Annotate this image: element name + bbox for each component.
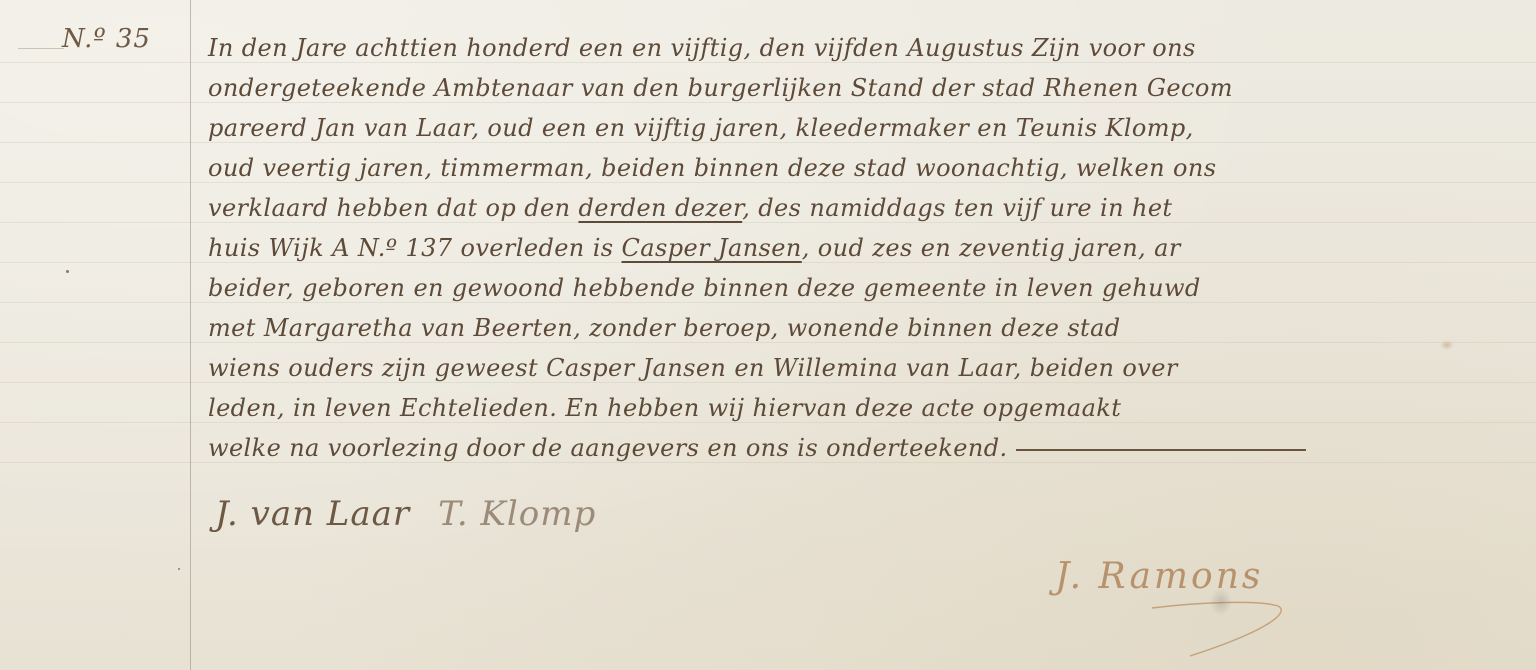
- margin-tick-line: [18, 48, 64, 49]
- act-number: N.º 35: [62, 24, 151, 54]
- line-text: verklaard hebben dat op den: [208, 194, 578, 222]
- witness-signatures: J. van Laar T. Klomp: [215, 494, 596, 544]
- text-line: verklaard hebben dat op den derden dezer…: [208, 188, 1518, 228]
- ink-dot: [66, 270, 69, 273]
- signature-witness-2: T. Klomp: [438, 494, 596, 534]
- signature-official: J. Ramons: [1055, 556, 1263, 597]
- text-line: pareerd Jan van Laar, oud een en vijftig…: [208, 108, 1518, 148]
- line-text: , des namiddags ten vijf ure in het: [742, 194, 1172, 222]
- closing-fill-rule: [1016, 449, 1306, 451]
- text-line: welke na voorlezing door de aangevers en…: [208, 428, 1518, 468]
- text-line: leden, in leven Echtelieden. En hebben w…: [208, 388, 1518, 428]
- text-line: ondergeteekende Ambtenaar van den burger…: [208, 68, 1518, 108]
- line-text: wiens ouders zijn geweest Casper Jansen …: [208, 354, 1178, 382]
- text-line: In den Jare achttien honderd een en vijf…: [208, 28, 1518, 68]
- text-line: wiens ouders zijn geweest Casper Jansen …: [208, 348, 1518, 388]
- line-text: met Margaretha van Beerten, zonder beroe…: [208, 314, 1121, 342]
- line-text: leden, in leven Echtelieden. En hebben w…: [208, 394, 1121, 422]
- text-line: beider, geboren en gewoond hebbende binn…: [208, 268, 1518, 308]
- line-text: In den Jare achttien honderd een en vijf…: [208, 34, 1196, 62]
- line-text: oud veertig jaren, timmerman, beiden bin…: [208, 154, 1216, 182]
- text-line: met Margaretha van Beerten, zonder beroe…: [208, 308, 1518, 348]
- line-text: pareerd Jan van Laar, oud een en vijftig…: [208, 114, 1194, 142]
- line-text: , oud zes en zeventig jaren, ar: [802, 234, 1181, 262]
- line-text: beider, geboren en gewoond hebbende binn…: [208, 274, 1201, 302]
- line-text: ondergeteekende Ambtenaar van den burger…: [208, 74, 1233, 102]
- line-text: huis Wijk A N.º 137 overleden is: [208, 234, 622, 262]
- ink-smudge: [1210, 588, 1232, 616]
- record-body: In den Jare achttien honderd een en vijf…: [208, 28, 1518, 468]
- ink-dot: [178, 568, 180, 570]
- line-text: welke na voorlezing door de aangevers en…: [208, 434, 1008, 462]
- text-line: huis Wijk A N.º 137 overleden is Casper …: [208, 228, 1518, 268]
- signature-witness-1: J. van Laar: [215, 494, 410, 534]
- document-page: N.º 35 In den Jare achttien honderd een …: [0, 0, 1536, 670]
- margin-rule: [190, 0, 191, 670]
- date-of-death-underlined: derden dezer: [578, 194, 742, 222]
- text-line: oud veertig jaren, timmerman, beiden bin…: [208, 148, 1518, 188]
- deceased-name-underlined: Casper Jansen: [622, 234, 802, 262]
- paper-stain: [1440, 340, 1454, 350]
